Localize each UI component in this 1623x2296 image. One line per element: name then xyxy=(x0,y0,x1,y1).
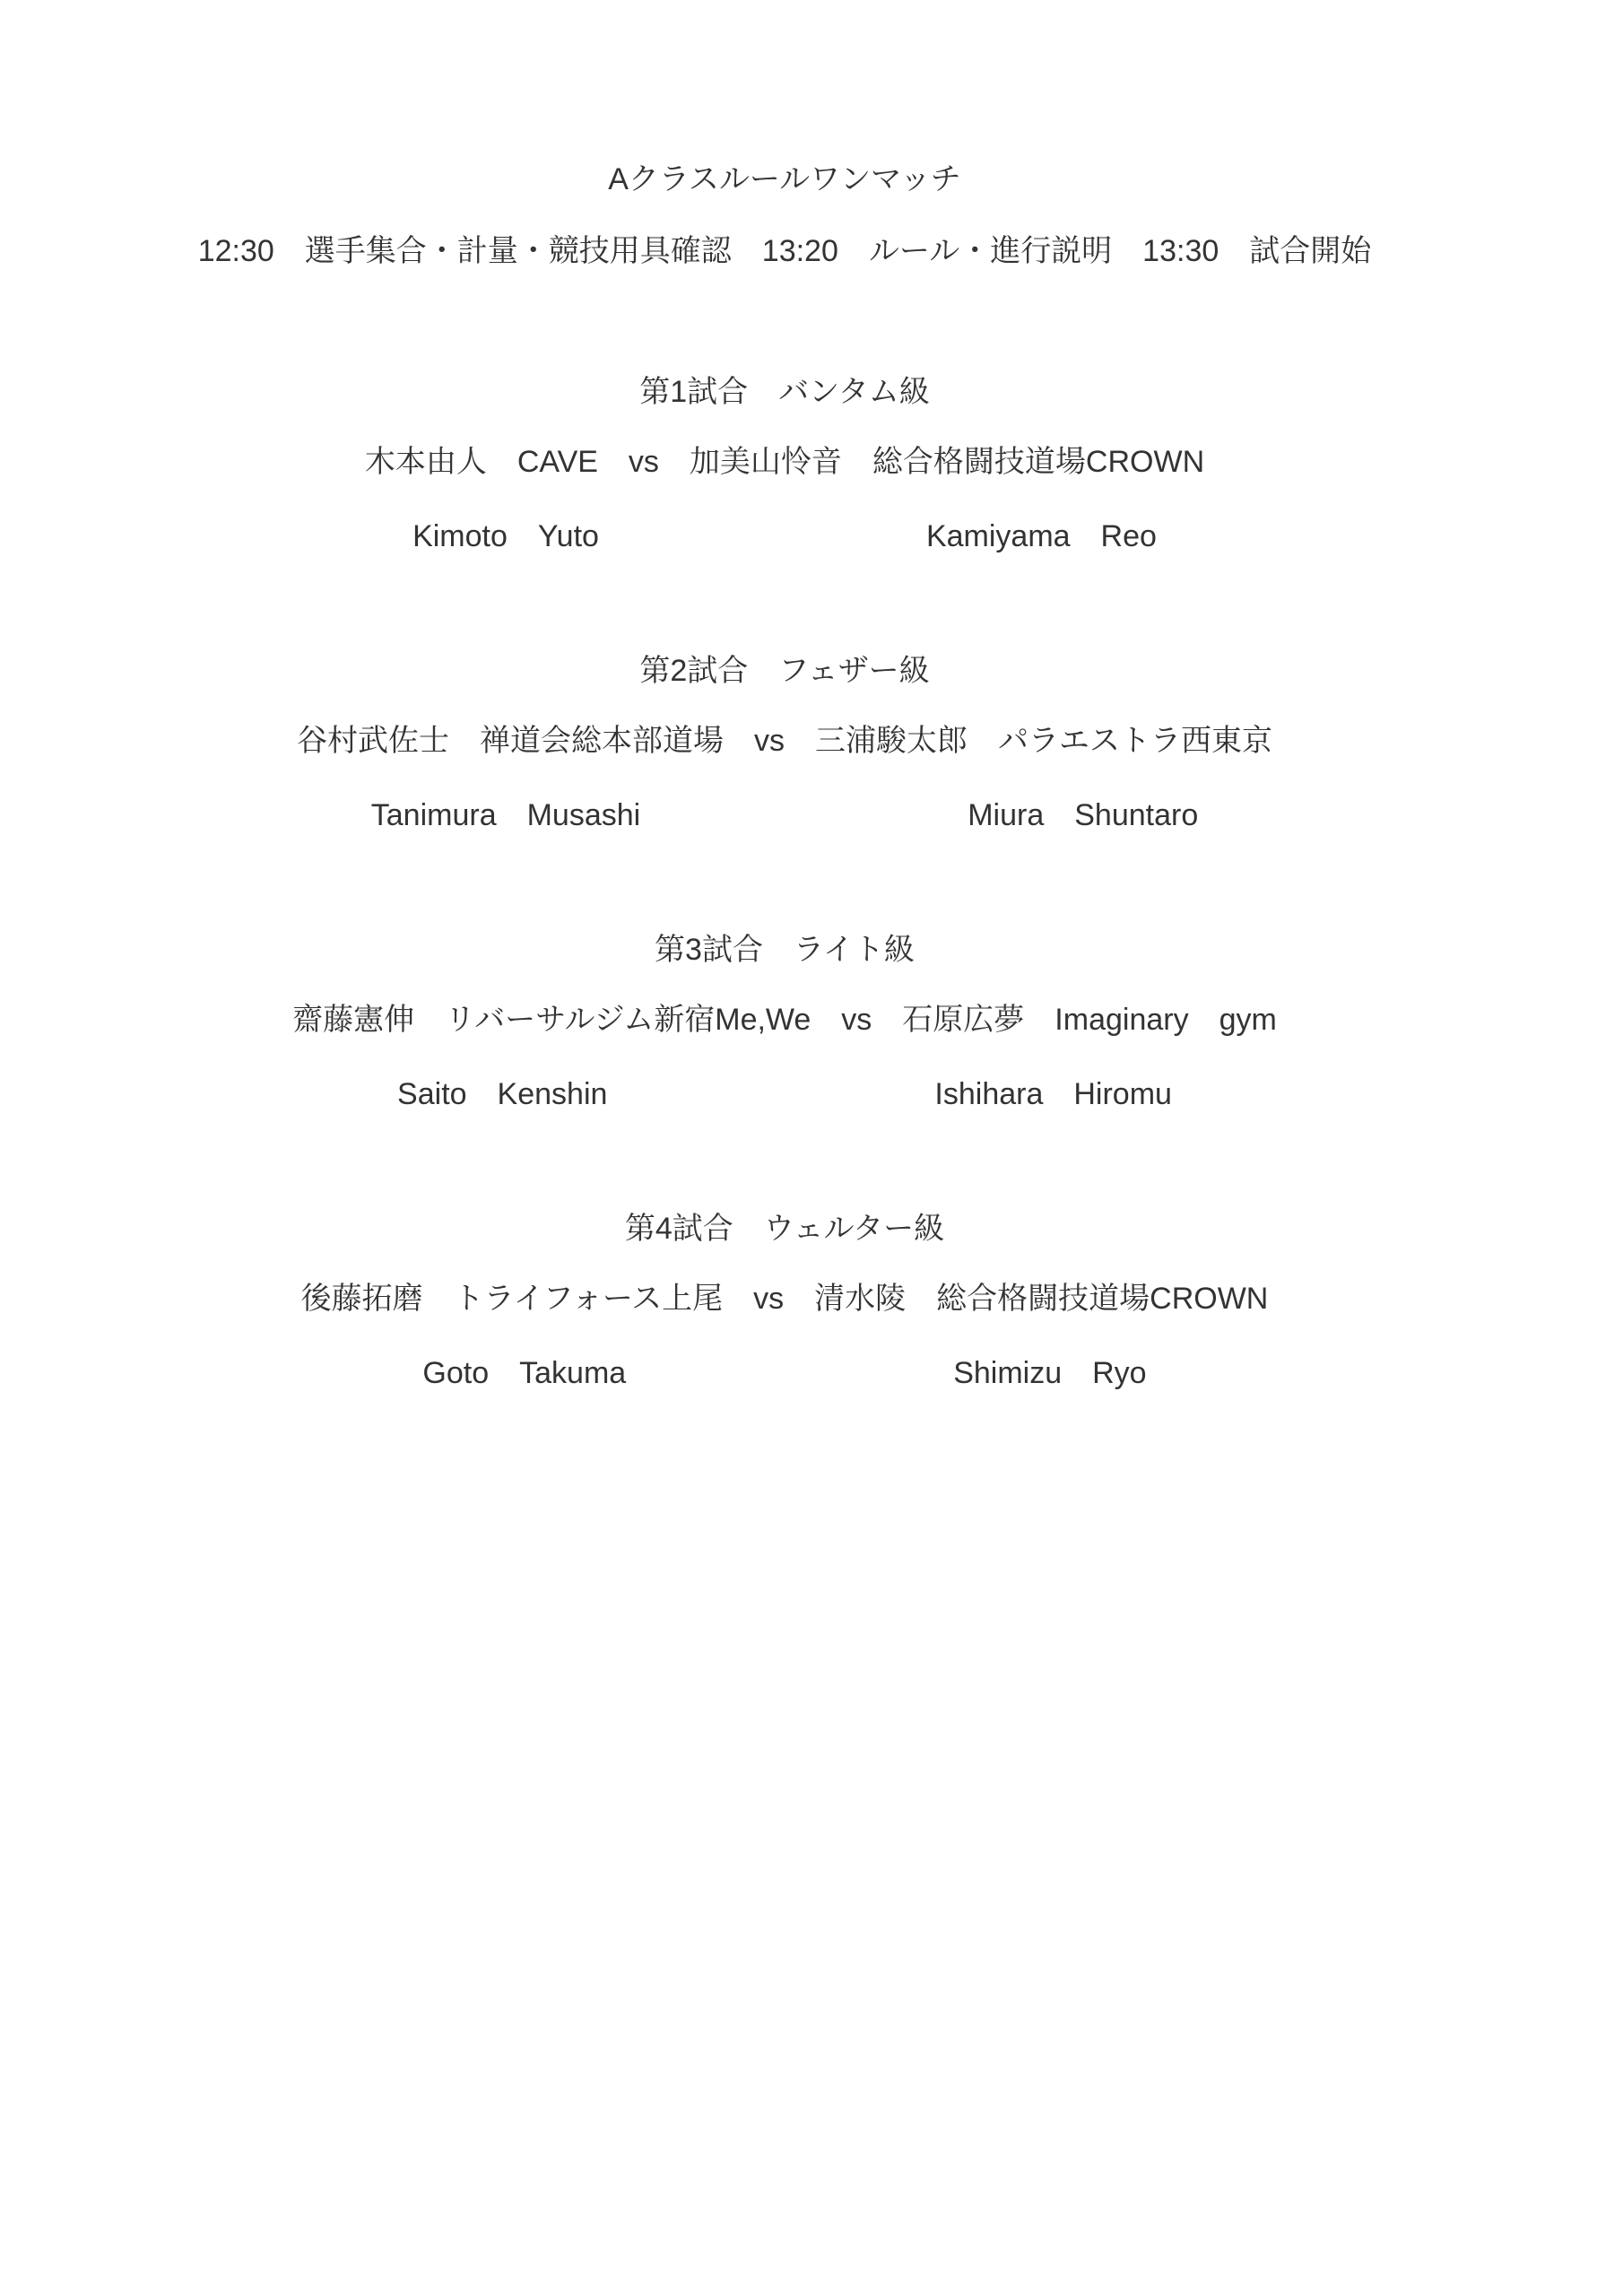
left-fighter-romanized-name: Tanimura Musashi xyxy=(371,797,640,833)
left-fighter-romanized-name: Goto Takuma xyxy=(422,1355,626,1391)
names-spacer xyxy=(599,536,926,537)
romanized-names-row: Saito Kenshin Ishihara Hiromu xyxy=(0,1076,1569,1112)
romanized-names-row: Kimoto Yuto Kamiyama Reo xyxy=(0,518,1569,554)
fighters-line: 木本由人 CAVE vs 加美山怜音 総合格闘技道場CROWN xyxy=(0,444,1569,480)
match-section-4: 第4試合 ウェルター級 後藤拓磨 トライフォース上尾 vs 清水陵 総合格闘技道… xyxy=(0,1211,1569,1391)
match-heading: 第4試合 ウェルター級 xyxy=(0,1211,1569,1247)
match-heading: 第3試合 ライト級 xyxy=(0,932,1569,968)
right-fighter-romanized-name: Shimizu Ryo xyxy=(953,1355,1146,1391)
page-title: Aクラスルールワンマッチ xyxy=(0,161,1569,197)
left-fighter-romanized-name: Kimoto Yuto xyxy=(412,518,599,554)
left-fighter-romanized-name: Saito Kenshin xyxy=(397,1076,607,1112)
names-spacer xyxy=(607,1094,934,1095)
match-heading: 第1試合 バンタム級 xyxy=(0,374,1569,410)
right-fighter-romanized-name: Kamiyama Reo xyxy=(926,518,1157,554)
names-spacer xyxy=(640,815,968,816)
schedule-line: 12:30 選手集合・計量・競技用具確認 13:20 ルール・進行説明 13:3… xyxy=(0,233,1569,269)
match-card-page: Aクラスルールワンマッチ 12:30 選手集合・計量・競技用具確認 13:20 … xyxy=(0,0,1623,2296)
romanized-names-row: Goto Takuma Shimizu Ryo xyxy=(0,1355,1569,1391)
match-heading: 第2試合 フェザー級 xyxy=(0,653,1569,689)
names-spacer xyxy=(626,1373,953,1374)
right-fighter-romanized-name: Ishihara Hiromu xyxy=(934,1076,1172,1112)
fighters-line: 谷村武佐士 禅道会総本部道場 vs 三浦駿太郎 パラエストラ西東京 xyxy=(0,723,1569,759)
match-section-2: 第2試合 フェザー級 谷村武佐士 禅道会総本部道場 vs 三浦駿太郎 パラエスト… xyxy=(0,653,1569,833)
right-fighter-romanized-name: Miura Shuntaro xyxy=(968,797,1198,833)
fighters-line: 齋藤憲伸 リバーサルジム新宿Me,We vs 石原広夢 Imaginary gy… xyxy=(0,1002,1569,1038)
fighters-line: 後藤拓磨 トライフォース上尾 vs 清水陵 総合格闘技道場CROWN xyxy=(0,1281,1569,1317)
romanized-names-row: Tanimura Musashi Miura Shuntaro xyxy=(0,797,1569,833)
match-section-1: 第1試合 バンタム級 木本由人 CAVE vs 加美山怜音 総合格闘技道場CRO… xyxy=(0,374,1569,554)
match-section-3: 第3試合 ライト級 齋藤憲伸 リバーサルジム新宿Me,We vs 石原広夢 Im… xyxy=(0,932,1569,1112)
